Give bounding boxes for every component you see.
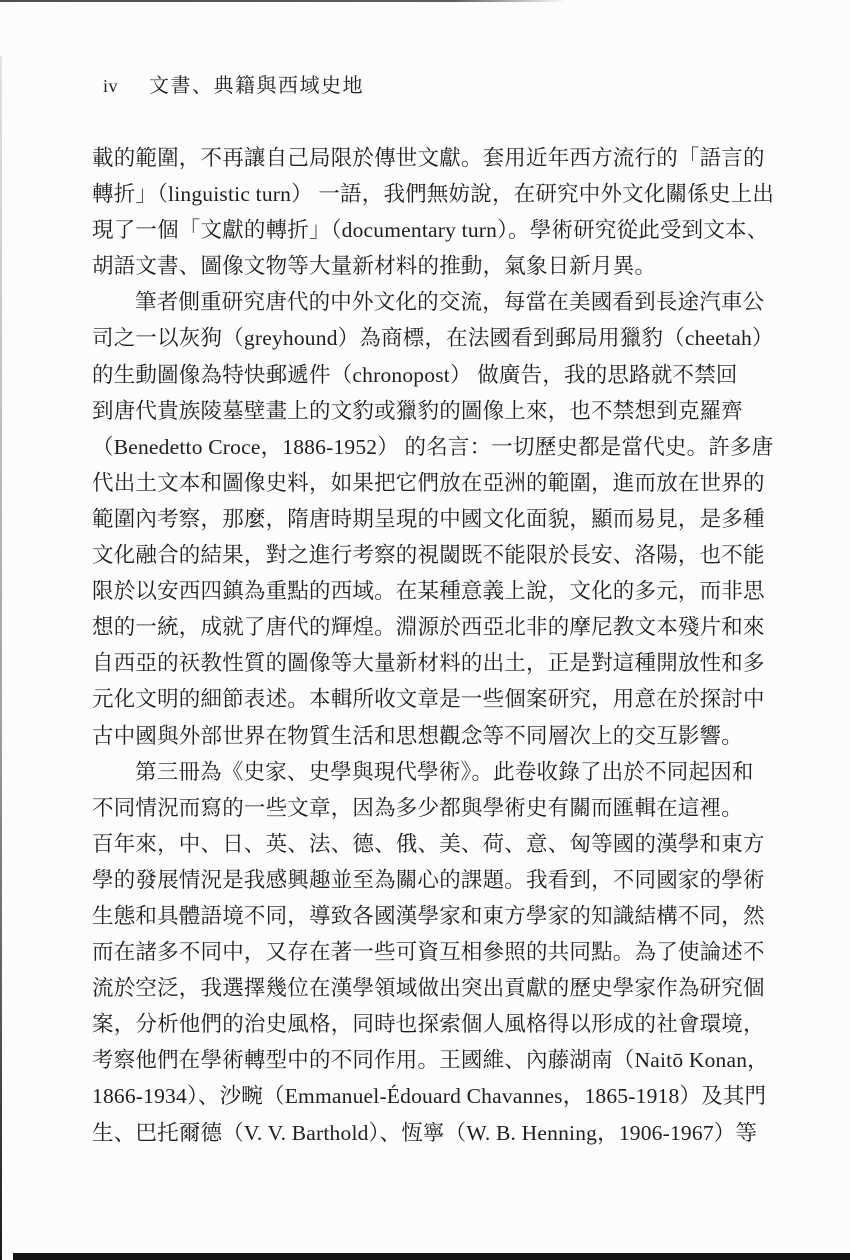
- text-line: 筆者側重研究唐代的中外文化的交流，每當在美國看到長途汽車公: [92, 284, 782, 320]
- text-line: 學的發展情況是我感興趣並至為關心的課題。我看到，不同國家的學術: [92, 862, 782, 898]
- text-line: 現了一個「文獻的轉折」（documentary turn）。學術研究從此受到文本…: [92, 212, 782, 248]
- text-line: 第三冊為《史家、史學與現代學術》。此卷收錄了出於不同起因和: [92, 754, 782, 790]
- running-header: iv 文書、典籍與西域史地: [103, 69, 364, 98]
- text-line: 1866-1934）、沙畹（Emmanuel-Édouard Chavannes…: [92, 1078, 782, 1114]
- text-line: 案，分析他們的治史風格，同時也探索個人風格得以形成的社會環境，: [92, 1006, 782, 1042]
- text-line: 想的一統，成就了唐代的輝煌。淵源於西亞北非的摩尼教文本殘片和來: [92, 609, 782, 645]
- text-line: 考察他們在學術轉型中的不同作用。王國維、內藤湖南（Naitō Konan，: [92, 1042, 782, 1078]
- text-line: 文化融合的結果，對之進行考察的視閾既不能限於長安、洛陽，也不能: [92, 537, 782, 573]
- text-line: 代出土文本和圖像史料，如果把它們放在亞洲的範圍，進而放在世界的: [92, 465, 782, 501]
- text-line: 的生動圖像為特快郵遞件（chronopost） 做廣告，我的思路就不禁回: [92, 357, 782, 393]
- text-line: 生態和具體語境不同，導致各國漢學家和東方學家的知識結構不同，然: [92, 898, 782, 934]
- text-line: 古中國與外部世界在物質生活和思想觀念等不同層次上的交互影響。: [92, 718, 782, 754]
- book-page: iv 文書、典籍與西域史地 載的範圍，不再讓自己局限於傳世文獻。套用近年西方流行…: [0, 0, 850, 1260]
- text-line: 百年來，中、日、英、法、德、俄、美、荷、意、匈等國的漢學和東方: [92, 826, 782, 862]
- body-text: 載的範圍，不再讓自己局限於傳世文獻。套用近年西方流行的「語言的轉折」（lingu…: [92, 140, 782, 1151]
- page-number: iv: [103, 76, 118, 97]
- text-line: 生、巴托爾德（V. V. Barthold）、恆寧（W. B. Henning，…: [92, 1115, 782, 1151]
- text-line: 轉折」（linguistic turn） 一語，我們無妨說，在研究中外文化關係史…: [92, 176, 782, 212]
- text-line: 胡語文書、圖像文物等大量新材料的推動，氣象日新月異。: [92, 248, 782, 284]
- text-line: 範圍內考察，那麼，隋唐時期呈現的中國文化面貌，顯而易見，是多種: [92, 501, 782, 537]
- scan-edge-left: [0, 56, 2, 1260]
- text-line: 流於空泛，我選擇幾位在漢學領域做出突出貢獻的歷史學家作為研究個: [92, 970, 782, 1006]
- scan-edge-bottom: [13, 1253, 850, 1260]
- text-line: （Benedetto Croce，1886-1952） 的名言：一切歷史都是當代…: [92, 429, 782, 465]
- text-line: 限於以安西四鎮為重點的西域。在某種意義上說，文化的多元，而非思: [92, 573, 782, 609]
- text-line: 自西亞的祆教性質的圖像等大量新材料的出土，正是對這種開放性和多: [92, 645, 782, 681]
- text-line: 司之一以灰狗（greyhound）為商標，在法國看到郵局用獵豹（cheetah）: [92, 320, 782, 356]
- running-title: 文書、典籍與西域史地: [149, 69, 364, 98]
- text-line: 到唐代貴族陵墓壁畫上的文豹或獵豹的圖像上來，也不禁想到克羅齊: [92, 393, 782, 429]
- scan-edge-top: [0, 0, 566, 2]
- text-line: 元化文明的細節表述。本輯所收文章是一些個案研究，用意在於探討中: [92, 681, 782, 717]
- text-line: 載的範圍，不再讓自己局限於傳世文獻。套用近年西方流行的「語言的: [92, 140, 782, 176]
- text-line: 而在諸多不同中，又存在著一些可資互相參照的共同點。為了使論述不: [92, 934, 782, 970]
- text-line: 不同情況而寫的一些文章，因為多少都與學術史有關而匯輯在這裡。: [92, 790, 782, 826]
